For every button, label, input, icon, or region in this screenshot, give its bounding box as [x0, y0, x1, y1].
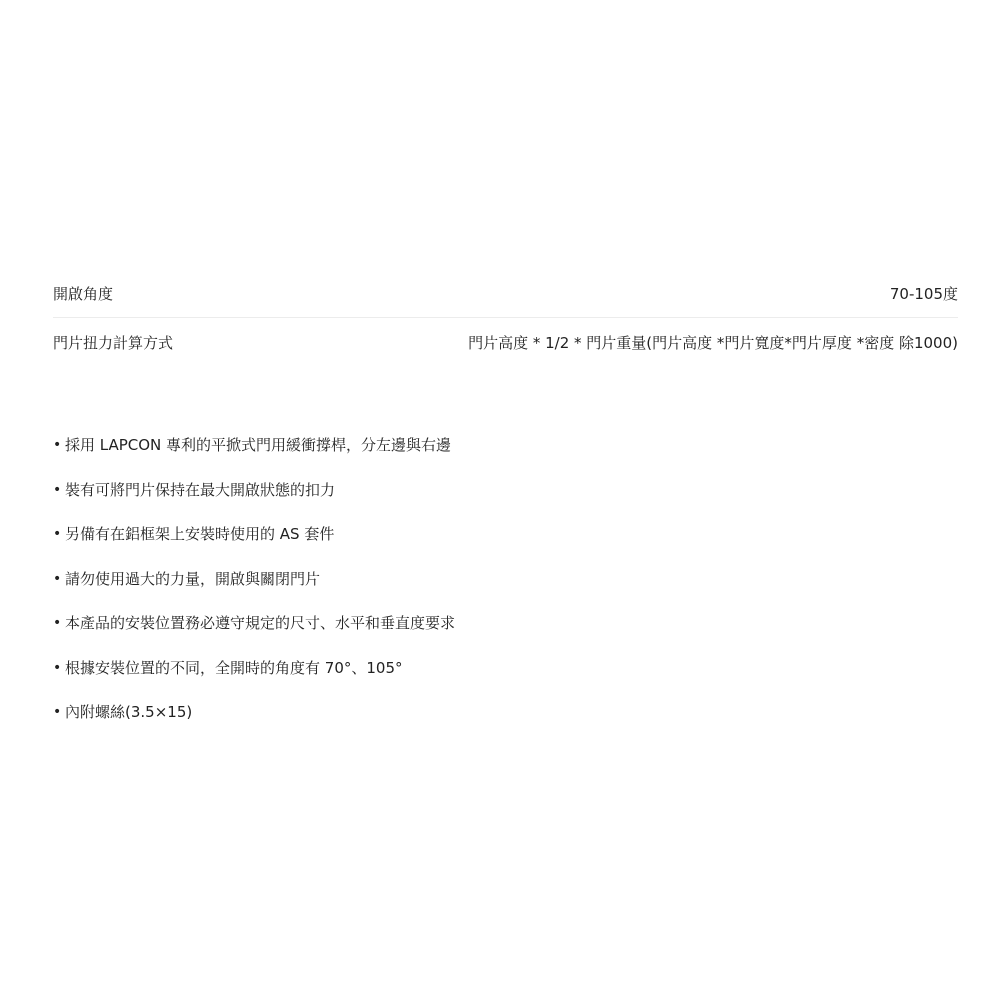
list-item: •採用 LAPCON 專利的平掀式門用緩衝撐桿，分左邊與右邊	[53, 430, 455, 475]
feature-text: 內附螺絲(3.5×15)	[65, 697, 192, 727]
bullet-icon: •	[53, 430, 65, 460]
spec-value: 門片高度 * 1/2 * 門片重量(門片高度 *門片寬度*門片厚度 *密度 除1…	[468, 332, 958, 353]
spec-row-opening-angle: 開啟角度 70-105度	[53, 270, 958, 318]
feature-list: •採用 LAPCON 專利的平掀式門用緩衝撐桿，分左邊與右邊 •裝有可將門片保持…	[53, 430, 455, 742]
bullet-icon: •	[53, 519, 65, 549]
feature-text: 本產品的安裝位置務必遵守規定的尺寸、水平和垂直度要求	[65, 608, 455, 638]
bullet-icon: •	[53, 475, 65, 505]
spec-label: 開啟角度	[53, 283, 113, 304]
bullet-icon: •	[53, 653, 65, 683]
list-item: •本產品的安裝位置務必遵守規定的尺寸、水平和垂直度要求	[53, 608, 455, 653]
spec-label: 門片扭力計算方式	[53, 332, 173, 353]
list-item: •根據安裝位置的不同，全開時的角度有 70°、105°	[53, 653, 455, 698]
feature-text: 根據安裝位置的不同，全開時的角度有 70°、105°	[65, 653, 403, 683]
bullet-icon: •	[53, 608, 65, 638]
feature-text: 請勿使用過大的力量，開啟與關閉門片	[65, 564, 320, 594]
bullet-icon: •	[53, 564, 65, 594]
list-item: •請勿使用過大的力量，開啟與關閉門片	[53, 564, 455, 609]
bullet-icon: •	[53, 697, 65, 727]
feature-text: 採用 LAPCON 專利的平掀式門用緩衝撐桿，分左邊與右邊	[65, 430, 451, 460]
spec-row-torque-formula: 門片扭力計算方式 門片高度 * 1/2 * 門片重量(門片高度 *門片寬度*門片…	[53, 318, 958, 366]
spec-table: 開啟角度 70-105度 門片扭力計算方式 門片高度 * 1/2 * 門片重量(…	[53, 270, 958, 366]
feature-text: 另備有在鋁框架上安裝時使用的 AS 套件	[65, 519, 334, 549]
spec-value: 70-105度	[890, 283, 958, 304]
feature-text: 裝有可將門片保持在最大開啟狀態的扣力	[65, 475, 335, 505]
list-item: •內附螺絲(3.5×15)	[53, 697, 455, 742]
list-item: •裝有可將門片保持在最大開啟狀態的扣力	[53, 475, 455, 520]
list-item: •另備有在鋁框架上安裝時使用的 AS 套件	[53, 519, 455, 564]
